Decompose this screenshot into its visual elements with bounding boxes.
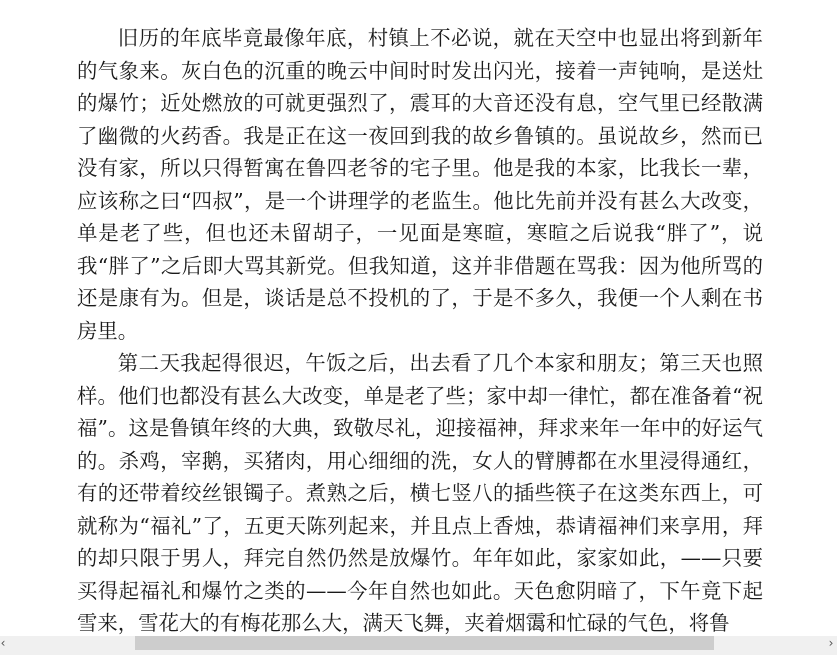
paragraph-2: 第二天我起得很迟，午饭之后，出去看了几个本家和朋友；第三天也照样。他们也都没有甚… [77, 347, 763, 636]
scroll-left-arrow-icon[interactable]: ‹ [0, 636, 9, 650]
scroll-right-arrow-icon[interactable]: › [825, 636, 837, 650]
paragraph-1: 旧历的年底毕竟最像年底，村镇上不必说，就在天空中也显出将到新年的气象来。灰白色的… [77, 22, 763, 347]
document-page: 旧历的年底毕竟最像年底，村镇上不必说，就在天空中也显出将到新年的气象来。灰白色的… [0, 0, 837, 636]
scrollbar-thumb[interactable] [135, 636, 714, 650]
horizontal-scrollbar[interactable]: ‹ › [0, 636, 837, 655]
document-body: 旧历的年底毕竟最像年底，村镇上不必说，就在天空中也显出将到新年的气象来。灰白色的… [77, 22, 763, 636]
